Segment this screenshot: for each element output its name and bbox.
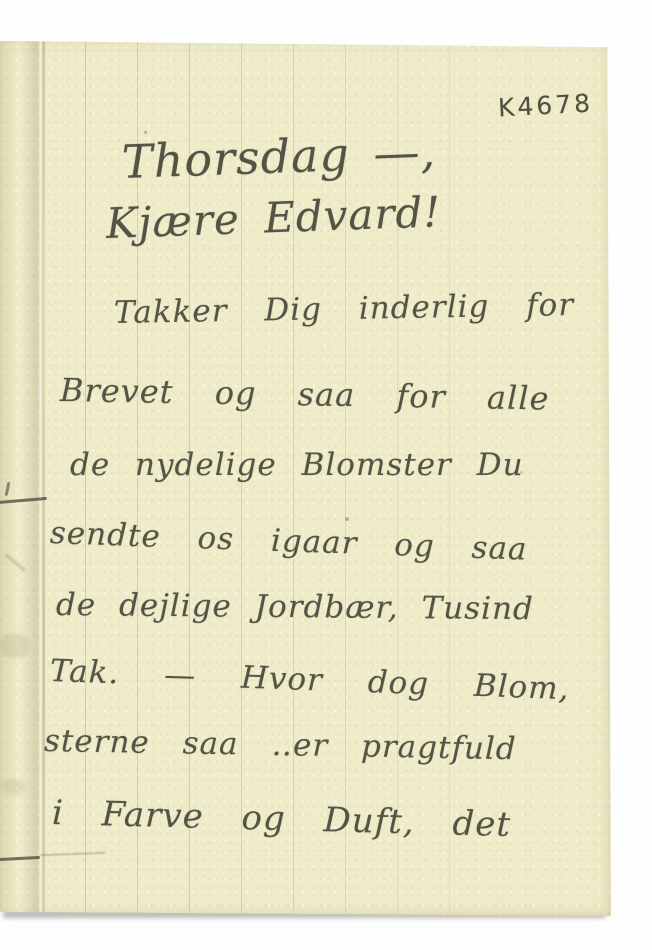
letter-line: Tak. — Hvor dog Blom, (49, 653, 570, 707)
letter-line: de nydelige Blomster Du (70, 447, 524, 483)
letter-line-dateline: Thorsdag —, (121, 124, 437, 189)
pencil-smudge (2, 779, 26, 795)
paper-speck (345, 517, 349, 521)
letter-line: i Farve og Duft, det (51, 793, 511, 845)
catalog-number: K4678 (497, 89, 593, 123)
pencil-stray-mark (40, 852, 106, 856)
letter-line: sendte os igaar og saa (49, 515, 528, 568)
letter-line: Brevet og saa for alle (60, 371, 550, 418)
pencil-smudge (0, 633, 30, 659)
letter-line: Takker Dig inderlig for (114, 287, 575, 331)
fold-crease (43, 41, 45, 917)
letter-paper: K4678 Thorsdag —, Kjære Edvard! Takker D… (0, 41, 611, 917)
letter-line-salutation: Kjære Edvard! (105, 187, 442, 248)
scanned-letter-page: K4678 Thorsdag —, Kjære Edvard! Takker D… (0, 0, 652, 950)
letter-line: sterne saa ‥er pragtfuld (44, 723, 517, 767)
letter-line: de dejlige Jordbær, Tusind (56, 587, 534, 627)
